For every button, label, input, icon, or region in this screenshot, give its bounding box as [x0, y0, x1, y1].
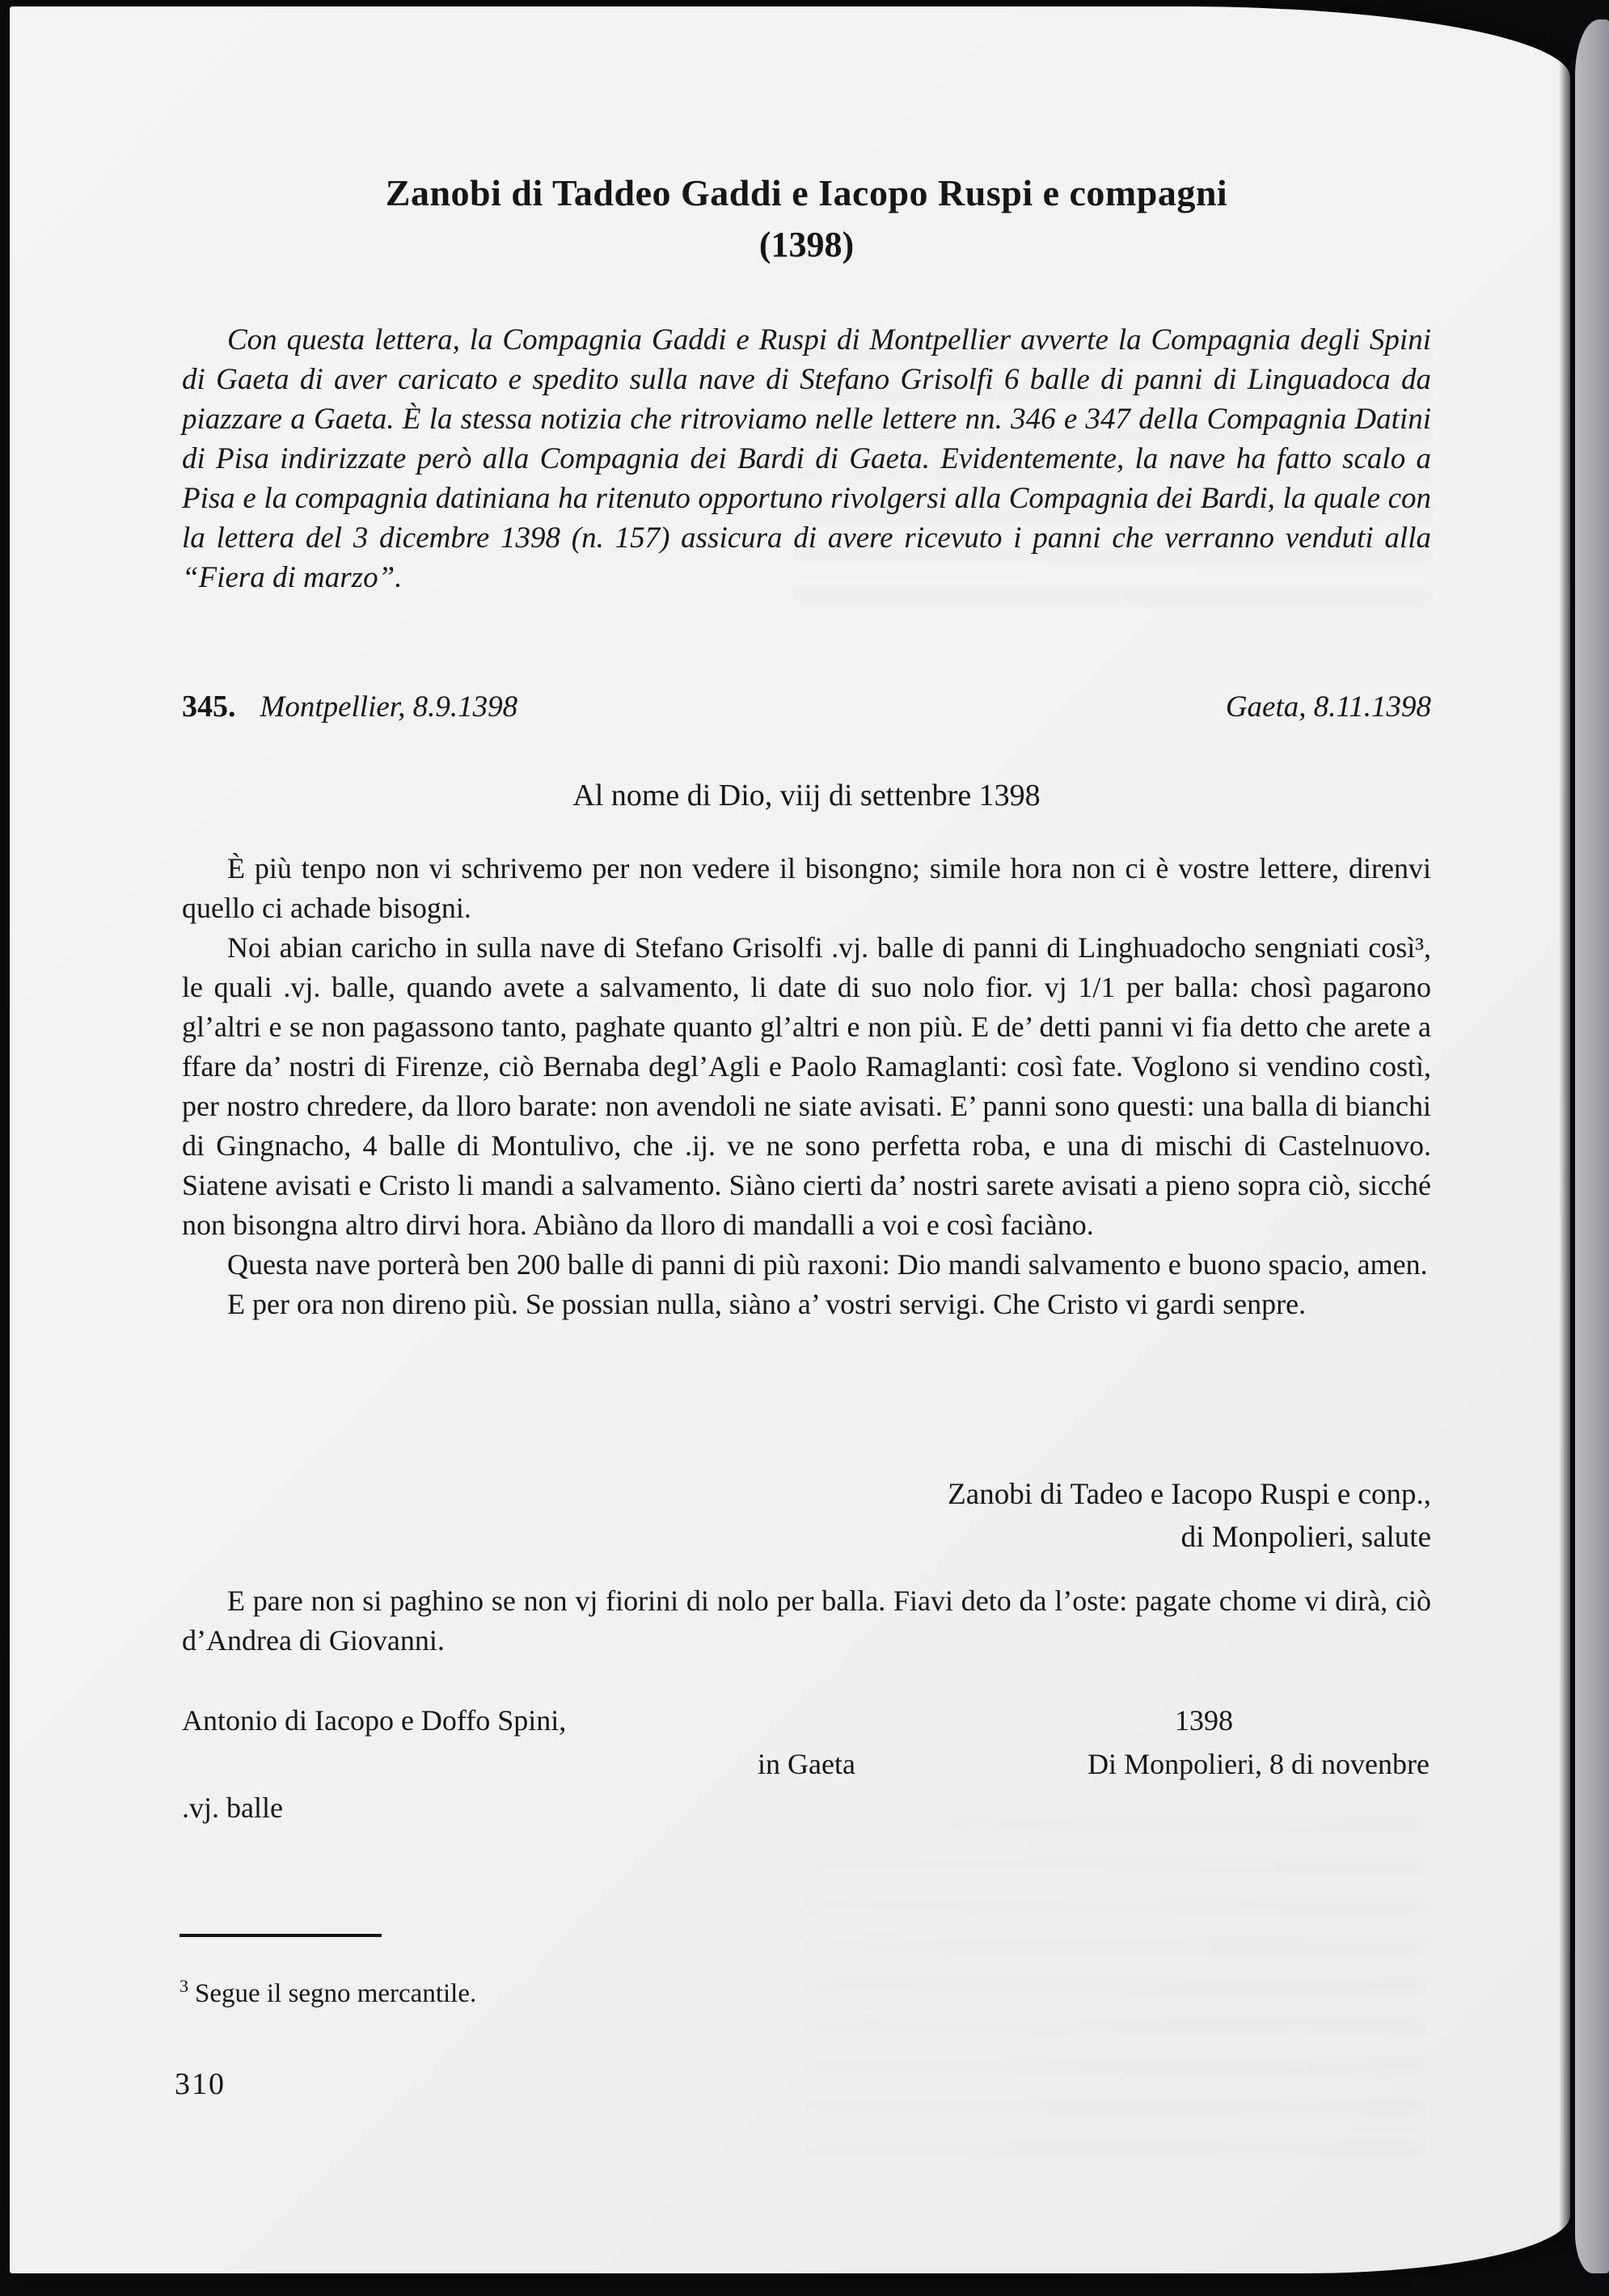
letter-number: 345. [182, 690, 236, 724]
postscript-paragraph: E pare non si paghino se non vj fiorini … [182, 1581, 1431, 1661]
letter-heading-row: 345.Montpellier, 8.9.1398 Gaeta, 8.11.13… [182, 689, 1431, 724]
address-recipient: Antonio di Iacopo e Doffo Spini, [182, 1704, 566, 1737]
invocation-line: Al nome di Dio, viij di settenbre 1398 [182, 778, 1431, 813]
chapter-heading: Zanobi di Taddeo Gaddi e Iacopo Ruspi e … [182, 171, 1431, 265]
book-fore-edge [1575, 19, 1609, 2273]
postscript-block: E pare non si paghino se non vj fiorini … [182, 1581, 1431, 1661]
letter-body: È più tenpo non vi schrivemo per non ved… [182, 849, 1431, 1324]
editorial-summary: Con questa lettera, la Compagnia Gaddi e… [182, 320, 1431, 597]
body-paragraph: Questa nave porterà ben 200 balle di pan… [182, 1245, 1431, 1285]
signature-block: Zanobi di Tadeo e Iacopo Ruspi e conp., … [182, 1473, 1431, 1559]
address-row-recipient: Antonio di Iacopo e Doffo Spini, 1398 [182, 1701, 1431, 1740]
destination-dateline: Gaeta, 8.11.1398 [1226, 690, 1431, 724]
company-title: Zanobi di Taddeo Gaddi e Iacopo Ruspi e … [182, 171, 1431, 215]
origin-dateline: Montpellier, 8.9.1398 [260, 690, 518, 724]
address-place: in Gaeta [758, 1745, 855, 1783]
address-row-bales: .vj. balle [182, 1788, 1431, 1827]
footnote-rule [179, 1934, 382, 1937]
address-sender-line: Di Monpolieri, 8 di novenbre [1087, 1745, 1430, 1783]
footnote: 3Segue il segno mercantile. [179, 1969, 476, 2011]
book-page-scan: Zanobi di Taddeo Gaddi e Iacopo Ruspi e … [0, 0, 1609, 2296]
address-bales: .vj. balle [182, 1792, 283, 1824]
letter-origin-group: 345.Montpellier, 8.9.1398 [182, 689, 517, 724]
signature-line-1: Zanobi di Tadeo e Iacopo Ruspi e conp., [182, 1473, 1431, 1516]
body-paragraph: È più tenpo non vi schrivemo per non ved… [182, 849, 1431, 928]
body-paragraph: Noi abian caricho in sulla nave di Stefa… [182, 928, 1431, 1245]
body-paragraph: E per ora non direno più. Se possian nul… [182, 1285, 1431, 1324]
signature-line-2: di Monpolieri, salute [182, 1516, 1431, 1559]
company-year: (1398) [182, 225, 1431, 265]
footnote-text: Segue il segno mercantile. [195, 1979, 476, 2008]
address-year: 1398 [1175, 1701, 1233, 1740]
page-number: 310 [175, 2066, 226, 2102]
footnote-marker: 3 [179, 1976, 188, 1996]
